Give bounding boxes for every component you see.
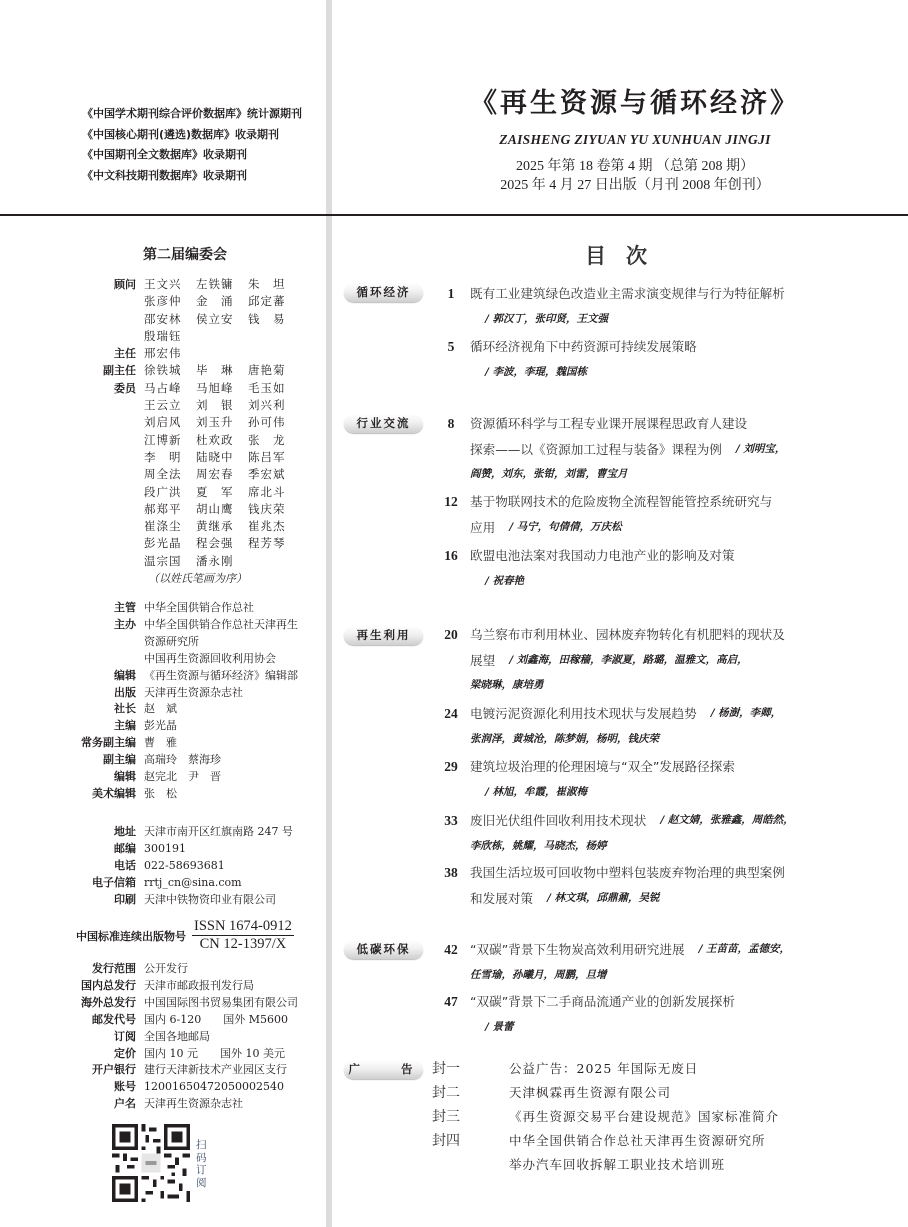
member-name: 席北斗 (248, 484, 300, 501)
toc-entry[interactable]: 42“双碳”背景下生物炭高效利用研究进展/ 王苗苗，孟德安，任雪瑜，孙曦月，周鹏… (432, 937, 822, 988)
member-name: 张 龙 (248, 432, 300, 449)
roster-role (70, 518, 144, 535)
staff-row-label: 主管 (70, 600, 144, 617)
member-name: 钱 易 (248, 311, 300, 328)
staff-row: 主编彭光晶 (70, 718, 328, 735)
journal-pinyin: ZAISHENG ZIYUAN YU XUNHUAN JINGJI (440, 132, 830, 148)
entry-line: 应用/ 马宁，句倩倩，万庆松 (432, 515, 822, 541)
roster-row: 殷瑞钰 (70, 328, 325, 345)
distribution-row-value: 公开发行 (144, 961, 188, 978)
contact-row-label: 电话 (70, 858, 144, 875)
ads-list: 封一公益广告：2025 年国际无废日封二天津枫霖再生资源有限公司封三《再生资源交… (432, 1057, 832, 1177)
article-authors: / 杨澍，李卿， (711, 701, 782, 727)
roster-note: （以姓氏笔画为序） (144, 570, 247, 587)
contact-list: 地址天津市南开区红旗南路 247 号邮编300191电话022-58693681… (70, 824, 328, 909)
journal-title: 《再生资源与循环经济》 (440, 82, 830, 126)
authors-line: / 景蕾 (432, 1015, 822, 1041)
member-name: 钱庆荣 (248, 501, 300, 518)
roster-note-row: （以姓氏笔画为序） (70, 570, 325, 587)
staff-list: 主管中华全国供销合作总社主办中华全国供销合作总社天津再生资源研究所中国再生资源回… (70, 600, 328, 803)
member-name: 毛玉如 (248, 380, 300, 397)
page-number: 47 (432, 989, 470, 1015)
staff-row-value: 高瑞玲 蔡海珍 (144, 752, 221, 769)
member-name: 季宏斌 (248, 466, 300, 483)
member-name: 杜欢政 (196, 432, 248, 449)
staff-row: 美术编辑张 松 (70, 786, 328, 803)
staff-row-value: 天津再生资源杂志社 (144, 685, 243, 702)
roster-role (70, 328, 144, 345)
member-name: 邱定蕃 (248, 293, 300, 310)
staff-row: 资源研究所 (70, 634, 328, 651)
staff-row-value: 张 松 (144, 786, 177, 803)
article-title[interactable]: 探索——以《资源加工过程与装备》课程为例 (470, 437, 722, 463)
distribution-row-value: 全国各地邮局 (144, 1029, 210, 1046)
page-number: 42 (432, 937, 470, 963)
staff-row-label: 编辑 (70, 769, 144, 786)
article-authors: / 赵文婧，张雅鑫，周皓然， (660, 808, 794, 834)
member-name: 崔兆杰 (248, 518, 300, 535)
article-title[interactable]: 展望 (470, 648, 495, 674)
entry-line: 5循环经济视角下中药资源可持续发展策略 (432, 334, 822, 360)
qr-code-icon[interactable] (112, 1124, 190, 1202)
authors-line: / 祝春艳 (432, 569, 822, 595)
entry-line: 29建筑垃圾治理的伦理困境与“双全”发展路径探索 (432, 754, 822, 780)
roster-role: 副主任 (70, 362, 144, 379)
roster-role (70, 535, 144, 552)
staff-row: 社长赵 斌 (70, 701, 328, 718)
roster-role: 主任 (70, 345, 144, 362)
staff-row: 常务副主编曹 雅 (70, 735, 328, 752)
staff-row-value: 彭光晶 (144, 718, 177, 735)
issn-number: ISSN 1674-0912 (192, 918, 294, 936)
authors-line: 阎赞，刘东，张钳，刘雷，曹宝月 (432, 462, 822, 488)
page-number: 5 (432, 334, 470, 360)
staff-row-label: 出版 (70, 685, 144, 702)
staff-row: 副主编高瑞玲 蔡海珍 (70, 752, 328, 769)
member-name: 段广洪 (144, 484, 196, 501)
distribution-row-label: 邮发代号 (70, 1012, 144, 1029)
authors-line: 李欣栋，姚耀，马晓杰，杨婷 (432, 834, 822, 860)
distribution-row: 邮发代号国内 6-120 国外 M5600 (70, 1012, 328, 1029)
toc-entry[interactable]: 8资源循环科学与工程专业课开展课程思政育人建设探索——以《资源加工过程与装备》课… (432, 411, 822, 488)
roster-row: 副主任徐铁城毕 琳唐艳菊 (70, 362, 325, 379)
roster-role (70, 311, 144, 328)
staff-row-value: 《再生资源与循环经济》编辑部 (144, 668, 298, 685)
staff-row-label: 编辑 (70, 668, 144, 685)
article-title[interactable]: 和发展对策 (470, 886, 533, 912)
member-name: 金 涌 (196, 293, 248, 310)
staff-row-label: 美术编辑 (70, 786, 144, 803)
member-name: 夏 军 (196, 484, 248, 501)
section-badge: 循环经济 (344, 283, 423, 302)
entry-line: 8资源循环科学与工程专业课开展课程思政育人建设 (432, 411, 822, 437)
member-name: 王文兴 (144, 276, 196, 293)
indexing-list: 《中国学术期刊综合评价数据库》统计源期刊 《中国核心期刊(遴选)数据库》收录期刊… (82, 104, 322, 186)
entry-line: 和发展对策/ 林文琪，邱鼎鼐，吴锐 (432, 886, 822, 912)
roster-row: 彭光晶程会强程芳琴 (70, 535, 325, 552)
roster-row: 顾问王文兴左铁镛朱 坦 (70, 276, 325, 293)
roster-role (70, 484, 144, 501)
member-name: 黄继承 (196, 518, 248, 535)
distribution-row-value: 12001650472050002540 (144, 1079, 284, 1096)
cn-number: CN 12-1397/X (192, 936, 294, 953)
member-name: 刘启风 (144, 414, 196, 431)
contact-row-label: 地址 (70, 824, 144, 841)
roster-row: 江博新杜欢政张 龙 (70, 432, 325, 449)
article-authors: / 林旭，牟霞，崔淑梅 (485, 780, 587, 806)
contact-row: 电话022-58693681 (70, 858, 328, 875)
distribution-row-label: 开户银行 (70, 1062, 144, 1079)
member-name: 程会强 (196, 535, 248, 552)
member-name (248, 553, 300, 570)
ad-text: 公益广告：2025 年国际无废日 (509, 1057, 698, 1081)
indexing-item: 《中国学术期刊综合评价数据库》统计源期刊 (82, 104, 322, 125)
article-title[interactable]: 欧盟电池法案对我国动力电池产业的影响及对策 (470, 543, 734, 569)
roster-role (70, 414, 144, 431)
issn-fraction: ISSN 1674-0912 CN 12-1397/X (192, 918, 294, 953)
roster-row: 郝郑平胡山鹰钱庆荣 (70, 501, 325, 518)
article-authors: 阎赞，刘东，张钳，刘雷，曹宝月 (470, 462, 628, 488)
member-name: 侯立安 (196, 311, 248, 328)
masthead: 《再生资源与循环经济》 ZAISHENG ZIYUAN YU XUNHUAN J… (440, 82, 830, 195)
roster-row: 邵安林侯立安钱 易 (70, 311, 325, 328)
article-authors: / 郭汉丁，张印贤，王文强 (485, 307, 608, 333)
article-title[interactable]: 建筑垃圾治理的伦理困境与“双全”发展路径探索 (470, 754, 735, 780)
staff-row-value: 赵 斌 (144, 701, 177, 718)
page-number: 33 (432, 808, 470, 834)
member-name: 周宏春 (196, 466, 248, 483)
distribution-row: 海外总发行中国国际图书贸易集团有限公司 (70, 995, 328, 1012)
contact-row-value: rrtj_cn@sina.com (144, 875, 242, 892)
entry-line: 47“双碳”背景下二手商品流通产业的创新发展探析 (432, 989, 822, 1015)
distribution-row-value: 国内 10 元 国外 10 美元 (144, 1046, 285, 1063)
issn-block: 中国标准连续出版物号 ISSN 1674-0912 CN 12-1397/X (76, 918, 294, 953)
toc-entry[interactable]: 12基于物联网技术的危险废物全流程智能管控系统研究与应用/ 马宁，句倩倩，万庆松 (432, 489, 822, 540)
distribution-row-value: 天津再生资源杂志社 (144, 1096, 243, 1113)
publish-line: 2025 年 4 月 27 日出版（月刊 2008 年创刊） (440, 176, 830, 195)
staff-row: 编辑赵完北 尹 晋 (70, 769, 328, 786)
distribution-row-label: 户名 (70, 1096, 144, 1113)
toc-entry[interactable]: 33废旧光伏组件回收利用技术现状/ 赵文婧，张雅鑫，周皓然，李欣栋，姚耀，马晓杰… (432, 808, 822, 859)
toc-entry[interactable]: 1既有工业建筑绿色改造业主需求演变规律与行为特征解析/ 郭汉丁，张印贤，王文强 (432, 281, 822, 332)
issn-label: 中国标准连续出版物号 (76, 928, 186, 944)
roster-role (70, 397, 144, 414)
entry-line: 38我国生活垃圾可回收物中塑料包装废弃物治理的典型案例 (432, 860, 822, 886)
roster-row: 委员马占峰马旭峰毛玉如 (70, 380, 325, 397)
article-title[interactable]: 应用 (470, 515, 495, 541)
entry-line: 20乌兰察布市利用林业、园林废弃物转化有机肥料的现状及 (432, 622, 822, 648)
distribution-row: 开户银行建行天津新技术产业园区支行 (70, 1062, 328, 1079)
member-name: 陈吕军 (248, 449, 300, 466)
article-authors: / 马宁，句倩倩，万庆松 (509, 515, 622, 541)
article-title[interactable]: “双碳”背景下生物炭高效利用研究进展 (470, 937, 685, 963)
distribution-row-label: 国内总发行 (70, 978, 144, 995)
distribution-row: 户名天津再生资源杂志社 (70, 1096, 328, 1113)
staff-row-value: 曹 雅 (144, 735, 177, 752)
member-name: 陆晓中 (196, 449, 248, 466)
ad-row: 举办汽车回收拆解工职业技术培训班 (432, 1153, 832, 1177)
article-authors: / 祝春艳 (485, 569, 524, 595)
roster-row: 王云立刘 银刘兴利 (70, 397, 325, 414)
staff-row: 主办中华全国供销合作总社天津再生 (70, 617, 328, 634)
roster-row: 主任邢宏伟 (70, 345, 325, 362)
header-rule (0, 214, 908, 216)
ad-position (432, 1153, 509, 1177)
member-name: 温宗国 (144, 553, 196, 570)
article-authors: 任雪瑜，孙曦月，周鹏，旦增 (470, 963, 607, 989)
member-name: 殷瑞钰 (144, 328, 196, 345)
contact-row-value: 天津市南开区红旗南路 247 号 (144, 824, 293, 841)
distribution-row: 国内总发行天津市邮政报刊发行局 (70, 978, 328, 995)
page-number: 38 (432, 860, 470, 886)
indexing-item: 《中文科技期刊数据库》收录期刊 (82, 166, 322, 187)
member-name: 胡山鹰 (196, 501, 248, 518)
staff-row: 主管中华全国供销合作总社 (70, 600, 328, 617)
roster-row: 段广洪夏 军席北斗 (70, 484, 325, 501)
roster-role: 顾问 (70, 276, 144, 293)
indexing-item: 《中国期刊全文数据库》收录期刊 (82, 145, 322, 166)
article-title[interactable]: “双碳”背景下二手商品流通产业的创新发展探析 (470, 989, 735, 1015)
committee-title: 第二届编委会 (115, 244, 255, 264)
contact-row-label: 电子信箱 (70, 875, 144, 892)
ad-row: 封二天津枫霖再生资源有限公司 (432, 1081, 832, 1105)
page-number: 8 (432, 411, 470, 437)
contact-row-value: 022-58693681 (144, 858, 225, 875)
entry-line: 24电镀污泥资源化利用技术现状与发展趋势/ 杨澍，李卿， (432, 701, 822, 727)
staff-row-label (70, 651, 144, 668)
member-name: 马旭峰 (196, 380, 248, 397)
toc-entry[interactable]: 16欧盟电池法案对我国动力电池产业的影响及对策/ 祝春艳 (432, 543, 822, 594)
entry-line: 1既有工业建筑绿色改造业主需求演变规律与行为特征解析 (432, 281, 822, 307)
ad-text: 举办汽车回收拆解工职业技术培训班 (509, 1153, 725, 1177)
roster-role (70, 432, 144, 449)
distribution-row: 定价国内 10 元 国外 10 美元 (70, 1046, 328, 1063)
contact-row-value: 300191 (144, 841, 186, 858)
entry-line: 16欧盟电池法案对我国动力电池产业的影响及对策 (432, 543, 822, 569)
roster-row: 张彦仲金 涌邱定蕃 (70, 293, 325, 310)
entry-line: 探索——以《资源加工过程与装备》课程为例/ 刘明宝， (432, 437, 822, 463)
contact-row: 电子信箱rrtj_cn@sina.com (70, 875, 328, 892)
article-title[interactable]: 我国生活垃圾可回收物中塑料包装废弃物治理的典型案例 (470, 860, 785, 886)
member-name: 毕 琳 (196, 362, 248, 379)
page-number: 1 (432, 281, 470, 307)
staff-row-label (70, 634, 144, 651)
member-name: 朱 坦 (248, 276, 300, 293)
toc-entry[interactable]: 20乌兰察布市利用林业、园林废弃物转化有机肥料的现状及展望/ 刘鑫海，田稼穑，李… (432, 622, 822, 699)
contact-row: 地址天津市南开区红旗南路 247 号 (70, 824, 328, 841)
section-badge: 低碳环保 (344, 940, 423, 959)
roster-row: 刘启风刘玉升孙可伟 (70, 414, 325, 431)
staff-row: 中国再生资源回收利用协会 (70, 651, 328, 668)
page-number: 16 (432, 543, 470, 569)
ad-position: 封三 (432, 1105, 509, 1129)
section-badge: 再生利用 (344, 626, 423, 645)
distribution-row-value: 中国国际图书贸易集团有限公司 (144, 995, 298, 1012)
staff-row-value: 赵完北 尹 晋 (144, 769, 221, 786)
roster-row: 李 明陆晓中陈吕军 (70, 449, 325, 466)
toc-entry[interactable]: 24电镀污泥资源化利用技术现状与发展趋势/ 杨澍，李卿，张润泽，黄城沧，陈梦娟，… (432, 701, 822, 752)
authors-line: 张润泽，黄城沧，陈梦娟，杨明，钱庆荣 (432, 727, 822, 753)
distribution-row: 账号12001650472050002540 (70, 1079, 328, 1096)
article-authors: 李欣栋，姚耀，马晓杰，杨婷 (470, 834, 607, 860)
member-name: 潘永刚 (196, 553, 248, 570)
member-name: 刘玉升 (196, 414, 248, 431)
member-name: 邵安林 (144, 311, 196, 328)
contact-row: 邮编300191 (70, 841, 328, 858)
contact-row: 印刷天津中铁物资印业有限公司 (70, 892, 328, 909)
distribution-row: 订阅全国各地邮局 (70, 1029, 328, 1046)
authors-line: 任雪瑜，孙曦月，周鹏，旦增 (432, 963, 822, 989)
distribution-row-label: 发行范围 (70, 961, 144, 978)
toc-entry[interactable]: 5循环经济视角下中药资源可持续发展策略/ 李波，李琨，魏国栋 (432, 334, 822, 385)
ad-row: 封三《再生资源交易平台建设规范》国家标准简介 (432, 1105, 832, 1129)
entry-line: 12基于物联网技术的危险废物全流程智能管控系统研究与 (432, 489, 822, 515)
committee-roster: 顾问王文兴左铁镛朱 坦张彦仲金 涌邱定蕃邵安林侯立安钱 易殷瑞钰主任邢宏伟副主任… (70, 276, 325, 587)
ad-text: 天津枫霖再生资源有限公司 (509, 1081, 671, 1105)
distribution-row-label: 定价 (70, 1046, 144, 1063)
member-name: 江博新 (144, 432, 196, 449)
roster-role: 委员 (70, 380, 144, 397)
member-name (248, 328, 300, 345)
ad-text: 中华全国供销合作总社天津再生资源研究所 (509, 1129, 766, 1153)
member-name: 程芳琴 (248, 535, 300, 552)
authors-line: 梁晓琳，康培勇 (432, 673, 822, 699)
ad-position: 封二 (432, 1081, 509, 1105)
roster-role (70, 553, 144, 570)
article-authors: / 林文琪，邱鼎鼐，吴锐 (547, 886, 660, 912)
distribution-row-label: 订阅 (70, 1029, 144, 1046)
member-name (196, 345, 248, 362)
ad-row: 封一公益广告：2025 年国际无废日 (432, 1057, 832, 1081)
article-authors: / 王苗苗，孟德安， (699, 937, 791, 963)
roster-role (70, 293, 144, 310)
member-name: 唐艳菊 (248, 362, 300, 379)
article-authors: / 李波，李琨，魏国栋 (485, 360, 587, 386)
page-number: 29 (432, 754, 470, 780)
contact-row-label: 印刷 (70, 892, 144, 909)
distribution-row-value: 建行天津新技术产业园区支行 (144, 1062, 287, 1079)
page-number: 12 (432, 489, 470, 515)
member-name: 王云立 (144, 397, 196, 414)
toc-entry[interactable]: 29建筑垃圾治理的伦理困境与“双全”发展路径探索/ 林旭，牟霞，崔淑梅 (432, 754, 822, 805)
member-name: 刘 银 (196, 397, 248, 414)
roster-row: 崔涤尘黄继承崔兆杰 (70, 518, 325, 535)
roster-row: 周全法周宏春季宏斌 (70, 466, 325, 483)
distribution-row-value: 天津市邮政报刊发行局 (144, 978, 254, 995)
member-name: 马占峰 (144, 380, 196, 397)
staff-row-label: 主编 (70, 718, 144, 735)
staff-row-value: 中国再生资源回收利用协会 (144, 651, 276, 668)
staff-row-label: 主办 (70, 617, 144, 634)
article-title[interactable]: 循环经济视角下中药资源可持续发展策略 (470, 334, 697, 360)
contact-row-label: 邮编 (70, 841, 144, 858)
member-name: 张彦仲 (144, 293, 196, 310)
member-name: 徐铁城 (144, 362, 196, 379)
article-authors: 梁晓琳，康培勇 (470, 673, 544, 699)
distribution-row-label: 海外总发行 (70, 995, 144, 1012)
entry-line: 42“双碳”背景下生物炭高效利用研究进展/ 王苗苗，孟德安， (432, 937, 822, 963)
distribution-row-label: 账号 (70, 1079, 144, 1096)
member-name: 周全法 (144, 466, 196, 483)
spacer (70, 570, 144, 587)
article-title[interactable]: 资源循环科学与工程专业课开展课程思政育人建设 (470, 411, 747, 437)
distribution-list: 发行范围公开发行国内总发行天津市邮政报刊发行局海外总发行中国国际图书贸易集团有限… (70, 961, 328, 1113)
staff-row-value: 中华全国供销合作总社天津再生 (144, 617, 298, 634)
roster-role (70, 466, 144, 483)
article-authors: / 刘明宝， (736, 437, 786, 463)
entry-line: 33废旧光伏组件回收利用技术现状/ 赵文婧，张雅鑫，周皓然， (432, 808, 822, 834)
member-name: 刘兴利 (248, 397, 300, 414)
member-name: 左铁镛 (196, 276, 248, 293)
article-title[interactable]: 基于物联网技术的危险废物全流程智能管控系统研究与 (470, 489, 772, 515)
article-title[interactable]: 电镀污泥资源化利用技术现状与发展趋势 (470, 701, 697, 727)
section-badge: 行业交流 (344, 414, 423, 433)
indexing-item: 《中国核心期刊(遴选)数据库》收录期刊 (82, 125, 322, 146)
roster-row: 温宗国潘永刚 (70, 553, 325, 570)
ad-text: 《再生资源交易平台建设规范》国家标准简介 (509, 1105, 779, 1129)
authors-line: / 李波，李琨，魏国栋 (432, 360, 822, 386)
member-name: 崔涤尘 (144, 518, 196, 535)
issue-line: 2025 年第 18 卷第 4 期 （总第 208 期） (440, 157, 830, 176)
ad-position: 封一 (432, 1057, 509, 1081)
member-name (248, 345, 300, 362)
member-name: 郝郑平 (144, 501, 196, 518)
staff-row-label: 常务副主编 (70, 735, 144, 752)
staff-row-value: 中华全国供销合作总社 (144, 600, 254, 617)
roster-role (70, 449, 144, 466)
ad-row: 封四中华全国供销合作总社天津再生资源研究所 (432, 1129, 832, 1153)
member-name (196, 328, 248, 345)
article-authors: / 景蕾 (485, 1015, 514, 1041)
page-number: 20 (432, 622, 470, 648)
article-title[interactable]: 废旧光伏组件回收利用技术现状 (470, 808, 646, 834)
staff-row: 编辑《再生资源与循环经济》编辑部 (70, 668, 328, 685)
staff-row: 出版天津再生资源杂志社 (70, 685, 328, 702)
distribution-row: 发行范围公开发行 (70, 961, 328, 978)
member-name: 邢宏伟 (144, 345, 196, 362)
article-title[interactable]: 乌兰察布市利用林业、园林废弃物转化有机肥料的现状及 (470, 622, 785, 648)
page-number: 24 (432, 701, 470, 727)
toc-entry[interactable]: 38我国生活垃圾可回收物中塑料包装废弃物治理的典型案例和发展对策/ 林文琪，邱鼎… (432, 860, 822, 911)
contact-row-value: 天津中铁物资印业有限公司 (144, 892, 276, 909)
toc-title: 目次 (585, 240, 667, 270)
authors-line: / 郭汉丁，张印贤，王文强 (432, 307, 822, 333)
member-name: 彭光晶 (144, 535, 196, 552)
entry-line: 展望/ 刘鑫海，田稼穑，李淑夏，路璐，温雅文，高启， (432, 648, 822, 674)
section-badge-ads: 广 告 (344, 1060, 423, 1079)
ad-position: 封四 (432, 1129, 509, 1153)
article-title[interactable]: 既有工业建筑绿色改造业主需求演变规律与行为特征解析 (470, 281, 785, 307)
qr-subscribe-label: 扫码订阅 (196, 1139, 210, 1189)
article-authors: / 刘鑫海，田稼穑，李淑夏，路璐，温雅文，高启， (509, 648, 748, 674)
member-name: 李 明 (144, 449, 196, 466)
toc-entry[interactable]: 47“双碳”背景下二手商品流通产业的创新发展探析/ 景蕾 (432, 989, 822, 1040)
staff-row-label: 社长 (70, 701, 144, 718)
staff-row-label: 副主编 (70, 752, 144, 769)
staff-row-value: 资源研究所 (144, 634, 199, 651)
article-authors: 张润泽，黄城沧，陈梦娟，杨明，钱庆荣 (470, 727, 659, 753)
roster-role (70, 501, 144, 518)
distribution-row-value: 国内 6-120 国外 M5600 (144, 1012, 288, 1029)
member-name: 孙可伟 (248, 414, 300, 431)
authors-line: / 林旭，牟霞，崔淑梅 (432, 780, 822, 806)
